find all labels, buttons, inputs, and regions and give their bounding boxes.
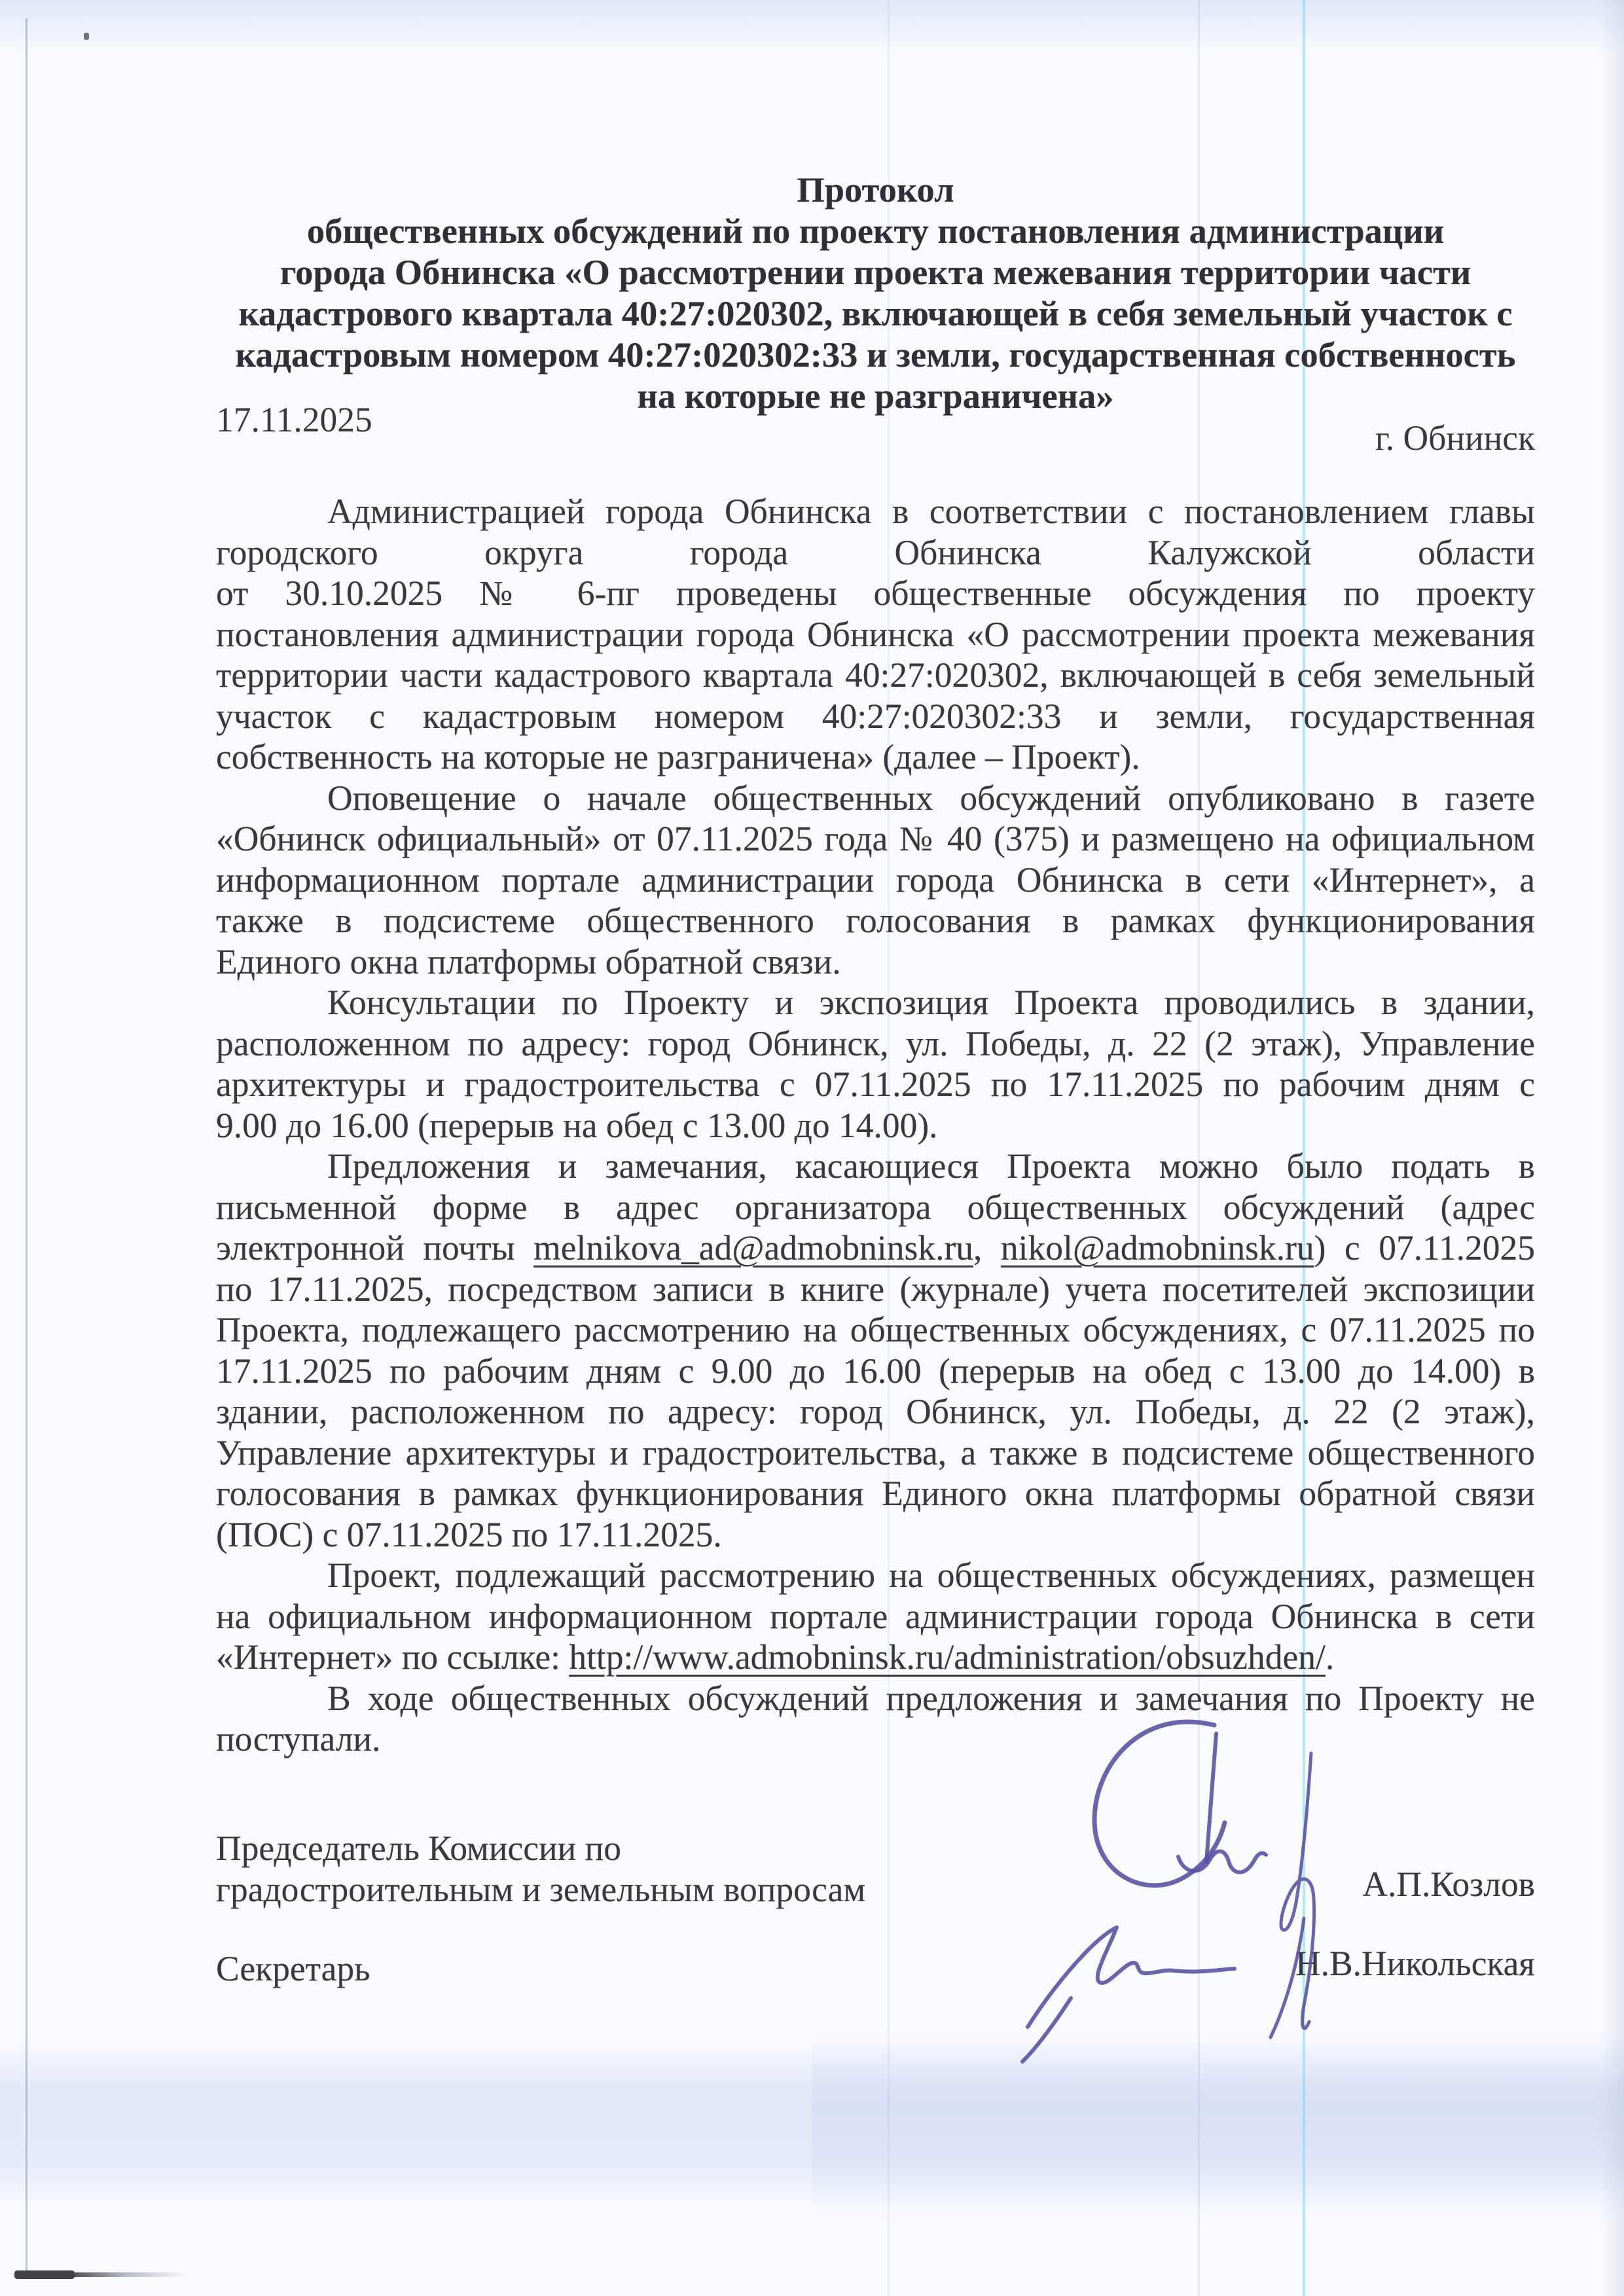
text-line: Консультации по Проекту и экспозиция Про… bbox=[216, 982, 1535, 1023]
text-line: расположенном по адресу: город Обнинск, … bbox=[216, 1023, 1535, 1065]
role-line: градостроительным и земельным вопросам bbox=[216, 1869, 865, 1910]
document-content: Протокол общественных обсуждений по прое… bbox=[216, 169, 1535, 1990]
text-line: электронной почты melnikova_ad@admobnins… bbox=[216, 1228, 1535, 1269]
secretary-name: Н.В.Никольская bbox=[1295, 1943, 1535, 1984]
text-line: 17.11.2025 по рабочим дням с 9.00 до 16.… bbox=[216, 1351, 1535, 1392]
text-line: письменной форме в адрес организатора об… bbox=[216, 1187, 1535, 1228]
text-line: Оповещение о начале общественных обсужде… bbox=[216, 778, 1535, 819]
text-line: (ПОС) с 07.11.2025 по 17.11.2025. bbox=[216, 1514, 1535, 1556]
title-line: города Обнинска «О рассмотрении проекта … bbox=[216, 251, 1535, 293]
text-line: голосования в рамках функционирования Ед… bbox=[216, 1473, 1535, 1514]
chairman-name: А.П.Козлов bbox=[1362, 1864, 1535, 1905]
scan-left-edge-line bbox=[26, 18, 27, 2278]
text-line: Проект, подлежащий рассмотрению на общес… bbox=[216, 1555, 1535, 1596]
role-line: Председатель Комиссии по bbox=[216, 1828, 865, 1869]
document-title: Протокол общественных обсуждений по прое… bbox=[216, 169, 1535, 416]
scan-dust-speck bbox=[84, 33, 89, 40]
scan-right-edge-shadow bbox=[1599, 0, 1624, 2296]
document-body: Администрацией города Обнинска в соответ… bbox=[216, 491, 1535, 1760]
document-city: г. Обнинск bbox=[1375, 418, 1535, 461]
text-line: городского округа города Обнинска Калужс… bbox=[216, 532, 1535, 574]
text-line: поступали. bbox=[216, 1719, 1535, 1760]
signature-block: Председатель Комиссии по градостроительн… bbox=[216, 1828, 1535, 1990]
text-line: Управление архитектуры и градостроительс… bbox=[216, 1432, 1535, 1474]
text-line: постановления администрации города Обнин… bbox=[216, 614, 1535, 655]
text-line: по 17.11.2025, посредством записи в книг… bbox=[216, 1269, 1535, 1310]
scan-bottom-right-shading bbox=[812, 2030, 1624, 2226]
title-line: кадастрового квартала 40:27:020302, вклю… bbox=[216, 293, 1535, 334]
hyperlink-text: nikol@admobninsk.ru bbox=[1001, 1228, 1314, 1267]
chairman-role: Председатель Комиссии по градостроительн… bbox=[216, 1828, 865, 1910]
text-line: территории части кадастрового квартала 4… bbox=[216, 655, 1535, 696]
document-date: 17.11.2025 bbox=[216, 399, 372, 443]
text-line: здании, расположенном по адресу: город О… bbox=[216, 1391, 1535, 1432]
text-line: собственность на которые не разграничена… bbox=[216, 737, 1535, 778]
title-line: кадастровым номером 40:27:020302:33 и зе… bbox=[216, 334, 1535, 375]
title-line: общественных обсуждений по проекту поста… bbox=[216, 210, 1535, 251]
text-line: Проекта, подлежащего рассмотрению на общ… bbox=[216, 1309, 1535, 1351]
text-line: также в подсистеме общественного голосов… bbox=[216, 900, 1535, 941]
text-line: Администрацией города Обнинска в соответ… bbox=[216, 491, 1535, 532]
text-line: В ходе общественных обсуждений предложен… bbox=[216, 1678, 1535, 1719]
text-line: Единого окна платформы обратной связи. bbox=[216, 941, 1535, 983]
hyperlink-text: melnikova_ad@admobninsk.ru bbox=[533, 1228, 973, 1267]
scan-bottom-smudge bbox=[14, 2270, 75, 2279]
secretary-role: Секретарь bbox=[216, 1948, 370, 1990]
text-line: участок с кадастровым номером 40:27:0203… bbox=[216, 696, 1535, 737]
text-line: «Обнинск официальный» от 07.11.2025 года… bbox=[216, 818, 1535, 860]
text-line: 9.00 до 16.00 (перерыв на обед с 13.00 д… bbox=[216, 1105, 1535, 1146]
scan-top-shading bbox=[0, 0, 1624, 56]
text-line: архитектуры и градостроительства с 07.11… bbox=[216, 1064, 1535, 1105]
signature-row-chairman: Председатель Комиссии по градостроительн… bbox=[216, 1828, 1535, 1910]
title-line: Протокол bbox=[216, 169, 1535, 210]
text-line: на официальном информационном портале ад… bbox=[216, 1596, 1535, 1637]
scanned-document-page: Протокол общественных обсуждений по прое… bbox=[0, 0, 1624, 2296]
signature-row-secretary: Секретарь Н.В.Никольская bbox=[216, 1948, 1535, 1990]
text-line: информационном портале администрации гор… bbox=[216, 860, 1535, 901]
text-line: «Интернет» по ссылке: http://www.admobni… bbox=[216, 1637, 1535, 1678]
hyperlink-text: http://www.admobninsk.ru/administration/… bbox=[569, 1637, 1326, 1677]
text-line: от 30.10.2025 № 6-пг проведены обществен… bbox=[216, 573, 1535, 614]
text-line: Предложения и замечания, касающиеся Прое… bbox=[216, 1146, 1535, 1187]
